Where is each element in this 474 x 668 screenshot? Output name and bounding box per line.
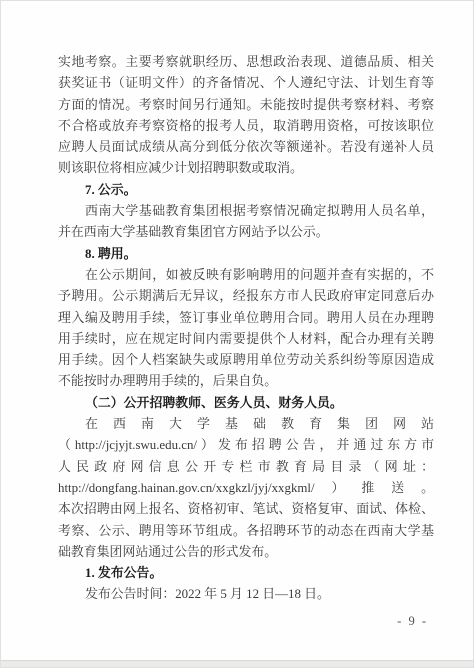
text-line: 在公示期间，如被反映有影响聘用的问题并查有实据的，不 [58, 265, 434, 286]
text-line: 考察、公示、聘用等环节组成。各招聘环节的动态在西南大学基 [58, 521, 434, 542]
scan-edge-strip [1, 660, 473, 667]
text-line: 则该职位将相应减少计划招聘职数或取消。 [58, 158, 434, 179]
text-line: 西南大学基础教育集团根据考察情况确定拟聘用人员名单， [58, 201, 434, 222]
text-line: 不能按时办理聘用手续的，后果自负。 [58, 371, 434, 392]
text-line: 人民政府网信息公开专栏市教育局目录（网址： [58, 457, 434, 478]
section-heading: 1. 发布公告。 [58, 563, 434, 584]
page-number: - 9 - [58, 614, 428, 629]
text-line: （http://jcjyjt.swu.edu.cn/）发布招聘公告，并通过东方市 [58, 435, 434, 456]
text-line: 并在西南大学基础教育集团官方网站予以公示。 [58, 222, 434, 243]
text-line: 本次招聘由网上报名、资格初审、笔试、资格复审、面试、体检、 [58, 499, 434, 520]
section-heading: 8. 聘用。 [58, 244, 434, 265]
section-heading: （二）公开招聘教师、医务人员、财务人员。 [58, 393, 434, 414]
text-line: 实地考察。主要考察就职经历、思想政治表现、道德品质、相关 [58, 52, 434, 73]
text-line: 予聘用。公示期满后无异议，经报东方市人民政府审定同意后办 [58, 286, 434, 307]
text-line: 方面的情况。考察时间另行通知。未能按时提供考察材料、考察 [58, 95, 434, 116]
text-line: http://dongfang.hainan.gov.cn/xxgkzl/jyj… [58, 478, 434, 499]
text-line: 发布公告时间：2022 年 5 月 12 日—18 日。 [58, 584, 434, 605]
document-page: 实地考察。主要考察就职经历、思想政治表现、道德品质、相关获奖证书（证明文件）的齐… [0, 0, 474, 668]
text-line: 用手续。因个人档案缺失或原聘用单位劳动关系纠纷等原因造成 [58, 350, 434, 371]
text-line: 础教育集团网站通过公告的形式发布。 [58, 542, 434, 563]
text-line: 理入编及聘用手续，签订事业单位聘用合同。聘用人员在办理聘 [58, 308, 434, 329]
text-line: 在西南大学基础教育集团网站 [58, 414, 434, 435]
text-line: 应聘人员面试成绩从高分到低分依次等额递补。若没有递补人员 [58, 137, 434, 158]
text-line: 不合格或放弃考察资格的报考人员，取消聘用资格，可按该职位 [58, 116, 434, 137]
document-text: 实地考察。主要考察就职经历、思想政治表现、道德品质、相关获奖证书（证明文件）的齐… [58, 52, 434, 606]
text-line: 获奖证书（证明文件）的齐备情况、个人遵纪守法、计划生育等 [58, 73, 434, 94]
text-line: 用手续时，应在规定时间内需要提供个人材料，配合办理有关聘 [58, 329, 434, 350]
section-heading: 7. 公示。 [58, 180, 434, 201]
